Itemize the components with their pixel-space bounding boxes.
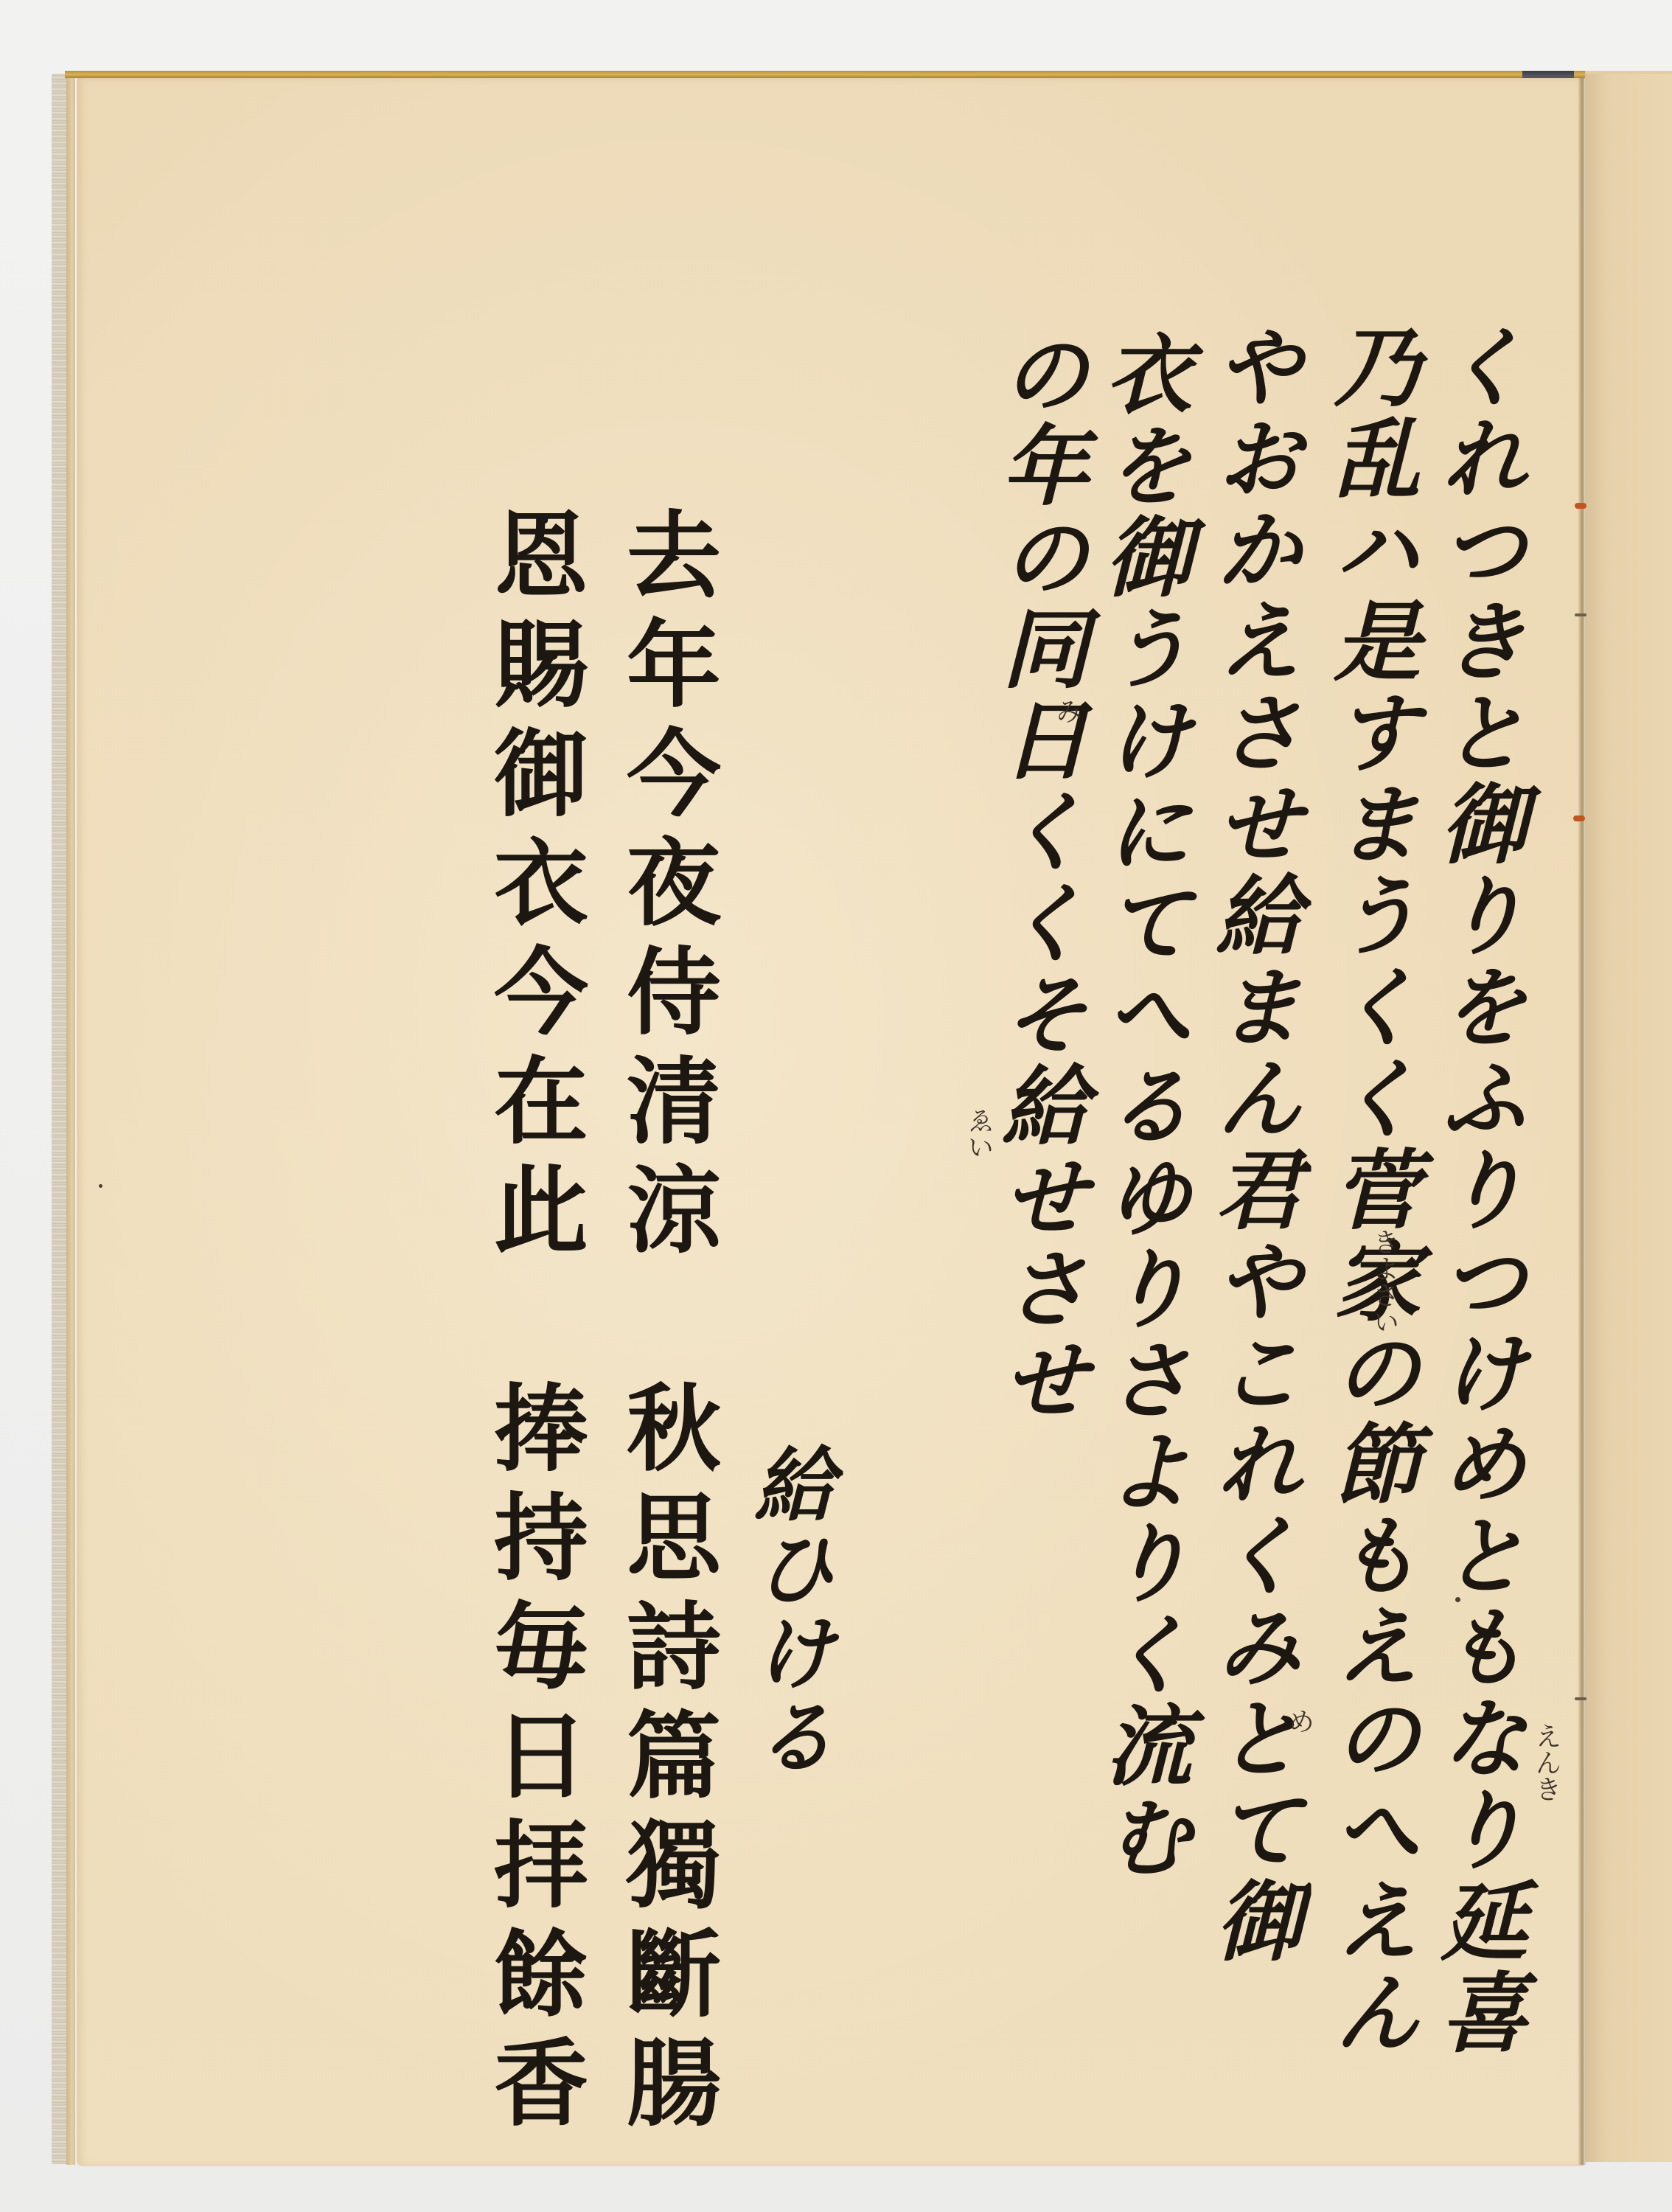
gilt-top-edge xyxy=(65,71,1598,78)
ruby-annotation: み xyxy=(1053,698,1080,724)
signature: 給ひける xyxy=(748,1442,829,1778)
prose-line-5: の年の同日くくそ給せさせ xyxy=(995,329,1081,1426)
binding-stitch xyxy=(1575,1697,1586,1700)
ruby-annotation: め xyxy=(1286,1708,1312,1734)
ruby-annotation: ゑい xyxy=(965,1107,992,1160)
prose-line-2: 乃乱ハ是すまうくく菅家の節もえのへえん xyxy=(1326,321,1413,2059)
book-spread: くれつきと御りをふりつけめともなり延喜 乃乱ハ是すまうくく菅家の節もえのへえん … xyxy=(0,0,1672,2212)
prose-line-1: くれつきと御りをふりつけめともなり延喜 xyxy=(1433,321,1520,2059)
poem-line-2: 恩賜御衣今在此 捧持毎日拝餘香 xyxy=(486,506,580,2143)
ruby-annotation: えんき xyxy=(1533,1722,1559,1802)
ruby-annotation: きよさい xyxy=(1370,1228,1397,1335)
poem-line-1: 去年今夜侍清涼 秋思詩篇獨斷腸 xyxy=(619,506,713,2143)
prose-line-4: 衣を御うけにてへるゆりさよりく流む xyxy=(1098,329,1185,1883)
binding-stitch xyxy=(1575,613,1586,616)
binding-stitch xyxy=(1573,815,1585,821)
paper-speck xyxy=(99,1184,102,1188)
prose-line-3: やおかえさせ給まん君やこれくみとて御 xyxy=(1208,321,1295,1967)
facing-page xyxy=(1585,74,1672,2162)
page-block-edge xyxy=(66,72,75,2165)
paper-speck xyxy=(1455,1597,1460,1602)
binding-stitch xyxy=(1575,503,1586,509)
manuscript-page: くれつきと御りをふりつけめともなり延喜 乃乱ハ是すまうくく菅家の節もえのへえん … xyxy=(77,78,1584,2166)
